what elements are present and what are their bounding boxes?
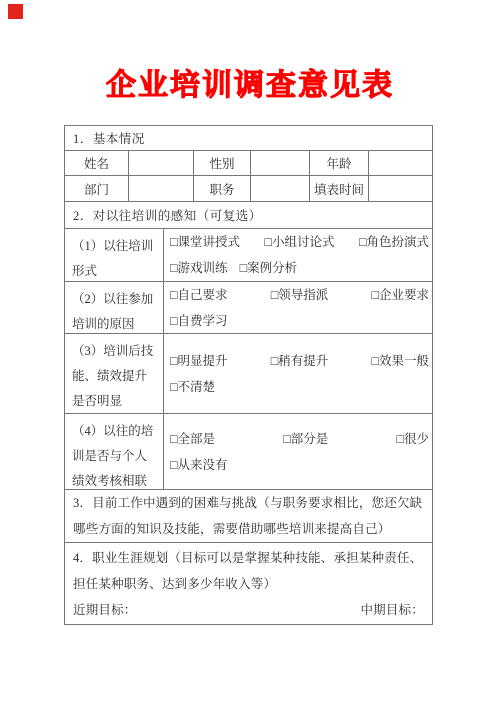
question1-label: （1）以往培训形式: [65, 229, 164, 281]
question4-options-line2: □从来没有: [170, 452, 429, 478]
question2-options-line2: □自费学习: [170, 308, 429, 334]
checkbox-option-classroom[interactable]: □课堂讲授式: [170, 229, 240, 255]
basic-info-row-1: 姓名 性别 年龄: [65, 151, 432, 176]
question3-options-line2: □不清楚: [170, 374, 429, 400]
question2-options: □自己要求 □领导指派 □企业要求 □自费学习: [164, 282, 432, 333]
red-corner-marker: [8, 4, 23, 19]
question2-options-line1: □自己要求 □领导指派 □企业要求: [170, 282, 429, 308]
checkbox-option-partly-linked[interactable]: □部分是: [283, 426, 328, 452]
checkbox-option-self-funded[interactable]: □自费学习: [170, 308, 228, 334]
question4-row: （4）以往的培训是否与个人绩效考核相联系 □全部是 □部分是 □很少 □从来没有: [65, 414, 432, 490]
checkbox-option-case-analysis[interactable]: □案例分析: [240, 255, 298, 281]
checkbox-option-never-linked[interactable]: □从来没有: [170, 452, 228, 478]
form-title: 企业培训调查意见表: [0, 64, 500, 108]
question2-row: （2）以往参加培训的原因 □自己要求 □领导指派 □企业要求 □自费学习: [65, 282, 432, 334]
survey-form-table: 1．基本情况 姓名 性别 年龄 部门 职务 填表时间 2．对以往培训的感知（可复…: [64, 125, 433, 625]
mid-term-goal-label[interactable]: 中期目标：: [360, 597, 424, 623]
checkbox-option-group-discussion[interactable]: □小组讨论式: [264, 229, 334, 255]
question3-label: （3）培训后技能、绩效提升是否明显: [65, 334, 164, 413]
question3-options: □明显提升 □稍有提升 □效果一般 □不清楚: [164, 334, 432, 413]
department-label: 部门: [65, 176, 129, 201]
near-term-goal-label[interactable]: 近期目标：: [73, 597, 137, 623]
question1-options-line1: □课堂讲授式 □小组讨论式 □角色扮演式: [170, 229, 429, 255]
question4-options-line1: □全部是 □部分是 □很少: [170, 426, 429, 452]
age-label: 年龄: [310, 151, 369, 175]
basic-info-row-2: 部门 职务 填表时间: [65, 176, 432, 202]
question1-options-line2: □游戏训练 □案例分析: [170, 255, 429, 281]
section4-row: 4．职业生涯规划（目标可以是掌握某种技能、承担某种责任、担任某种职务、达到多少年…: [65, 543, 432, 624]
checkbox-option-rarely-linked[interactable]: □很少: [396, 426, 429, 452]
checkbox-option-leader-assigned[interactable]: □领导指派: [271, 282, 329, 308]
question2-label: （2）以往参加培训的原因: [65, 282, 164, 333]
goals-line: 近期目标： 中期目标：: [73, 597, 424, 623]
name-label: 姓名: [65, 151, 129, 175]
question1-options: □课堂讲授式 □小组讨论式 □角色扮演式 □游戏训练 □案例分析: [164, 229, 432, 281]
question4-options: □全部是 □部分是 □很少 □从来没有: [164, 414, 432, 489]
checkbox-option-self-request[interactable]: □自己要求: [170, 282, 228, 308]
section2-header-row: 2．对以往培训的感知（可复选）: [65, 202, 432, 229]
document-page: 企业培训调查意见表 1．基本情况 姓名 性别 年龄 部门 职务 填表时间 2．对…: [0, 0, 500, 708]
checkbox-option-role-play[interactable]: □角色扮演式: [359, 229, 429, 255]
checkbox-option-game-training[interactable]: □游戏训练: [170, 255, 228, 281]
checkbox-option-average-effect[interactable]: □效果一般: [371, 348, 429, 374]
fill-date-field[interactable]: [369, 176, 432, 201]
gender-label: 性别: [194, 151, 251, 175]
checkbox-option-company-required[interactable]: □企业要求: [371, 282, 429, 308]
section1-header: 1．基本情况: [65, 126, 432, 150]
question3-row: （3）培训后技能、绩效提升是否明显 □明显提升 □稍有提升 □效果一般 □不清楚: [65, 334, 432, 414]
department-field[interactable]: [129, 176, 194, 201]
position-label: 职务: [194, 176, 251, 201]
question4-label: （4）以往的培训是否与个人绩效考核相联系: [65, 414, 164, 489]
gender-field[interactable]: [251, 151, 310, 175]
checkbox-option-slight-improvement[interactable]: □稍有提升: [271, 348, 329, 374]
section4-text: 4．职业生涯规划（目标可以是掌握某种技能、承担某种责任、担任某种职务、达到多少年…: [73, 545, 424, 597]
section2-header: 2．对以往培训的感知（可复选）: [65, 202, 432, 228]
section4-cell: 4．职业生涯规划（目标可以是掌握某种技能、承担某种责任、担任某种职务、达到多少年…: [65, 543, 432, 624]
section1-header-row: 1．基本情况: [65, 126, 432, 151]
question1-row: （1）以往培训形式 □课堂讲授式 □小组讨论式 □角色扮演式 □游戏训练 □案例…: [65, 229, 432, 282]
fill-date-label: 填表时间: [310, 176, 369, 201]
checkbox-option-all-linked[interactable]: □全部是: [170, 426, 215, 452]
position-field[interactable]: [251, 176, 310, 201]
age-field[interactable]: [369, 151, 432, 175]
section3-text: 3．目前工作中遇到的困难与挑战（与职务要求相比，您还欠缺哪些方面的知识及技能，需…: [65, 490, 432, 542]
name-field[interactable]: [129, 151, 194, 175]
checkbox-option-obvious-improvement[interactable]: □明显提升: [170, 348, 228, 374]
section3-row: 3．目前工作中遇到的困难与挑战（与职务要求相比，您还欠缺哪些方面的知识及技能，需…: [65, 490, 432, 543]
question3-options-line1: □明显提升 □稍有提升 □效果一般: [170, 348, 429, 374]
checkbox-option-not-clear[interactable]: □不清楚: [170, 374, 215, 400]
